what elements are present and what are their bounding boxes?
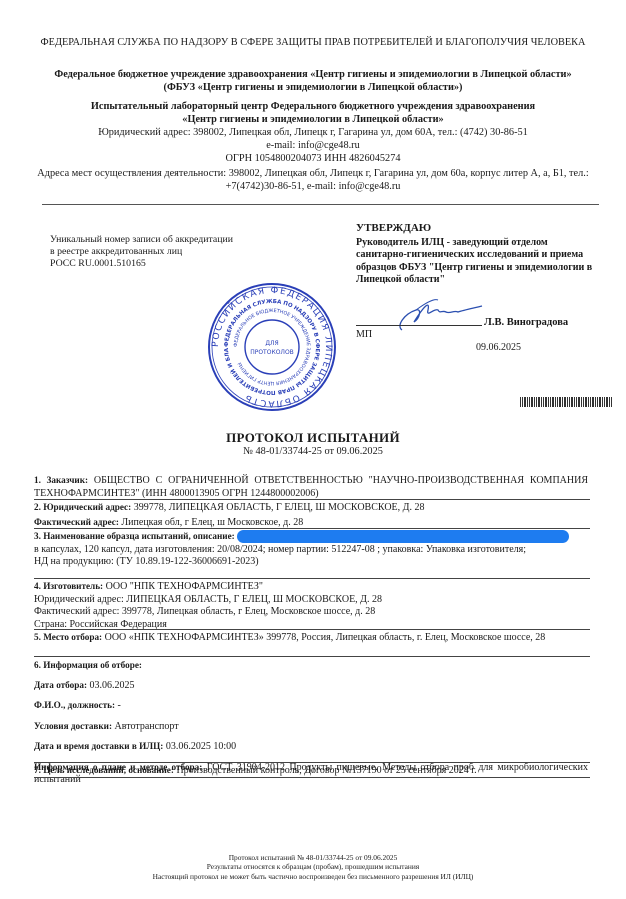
protocol-number: № 48-01/33744-25 от 09.06.2025 xyxy=(0,446,626,457)
legal-address: Юридический адрес: 398002, Липецкая обл,… xyxy=(0,126,626,139)
accreditation-line1: Уникальный номер записи об аккредитации xyxy=(50,234,233,246)
section-customer: 1. Заказчик: ОБЩЕСТВО С ОГРАНИЧЕННОЙ ОТВ… xyxy=(34,474,588,500)
ogrn-inn: ОГРН 1054800204073 ИНН 4826045274 xyxy=(0,152,626,165)
delivery-datetime-value: 03.06.2025 10:00 xyxy=(166,741,236,752)
page-footer: Протокол испытаний № 48-01/33744-25 от 0… xyxy=(0,853,626,881)
divider xyxy=(34,629,590,630)
email: e-mail: info@cge48.ru xyxy=(0,139,626,152)
agency-header: ФЕДЕРАЛЬНАЯ СЛУЖБА ПО НАДЗОРУ В СФЕРЕ ЗА… xyxy=(0,36,626,49)
divider xyxy=(34,578,590,579)
sampling-date-value: 03.06.2025 xyxy=(90,680,135,691)
delivery-conditions-label: Условия доставки: xyxy=(34,721,112,731)
purpose-value: Производственный контроль, Договор №1371… xyxy=(176,765,476,776)
sample-label: 3. Наименование образца испытаний, описа… xyxy=(34,531,235,541)
section-purpose: 7. Цель исследований, основание: Произво… xyxy=(34,764,588,778)
approval-position: Руководитель ИЛЦ - заведующий отделом са… xyxy=(356,237,596,287)
signature-icon xyxy=(394,296,484,341)
delivery-datetime-label: Дата и время доставки в ИЛЦ: xyxy=(34,741,163,751)
approval-title: УТВЕРЖДАЮ xyxy=(356,222,596,235)
accreditation-line2: в реестре аккредитованных лиц xyxy=(50,246,233,258)
divider xyxy=(34,528,590,529)
purpose-label: 7. Цель исследований, основание: xyxy=(34,765,174,775)
sample-description: в капсулах, 120 капсул, дата изготовлени… xyxy=(34,544,588,557)
signature-line xyxy=(356,325,482,326)
actual-address-value: Липецкая обл, г Елец, ш Московское, д. 2… xyxy=(121,517,303,528)
accreditation-number: РОСС RU.0001.510165 xyxy=(50,258,233,270)
lab-center-block: Испытательный лабораторный центр Федерал… xyxy=(0,100,626,165)
actual-address-label: Фактический адрес: xyxy=(34,517,119,527)
lab-center-name: Испытательный лабораторный центр Федерал… xyxy=(0,100,626,126)
approval-block: УТВЕРЖДАЮ Руководитель ИЛЦ - заведующий … xyxy=(356,222,596,287)
institution-short-name: (ФБУЗ «Центр гигиены и эпидемиологии в Л… xyxy=(0,81,626,94)
signer-name: Л.В. Виноградова xyxy=(484,317,568,328)
accreditation-block: Уникальный номер записи об аккредитации … xyxy=(50,234,233,270)
manufacturer-actual-address: Фактический адрес: 399778, Липецкая обла… xyxy=(34,606,588,619)
manufacturer-legal-address: Юридический адрес: ЛИПЕЦКАЯ ОБЛАСТЬ, Г Е… xyxy=(34,594,588,607)
barcode-icon xyxy=(520,394,612,404)
sampling-place-value: ООО «НПК ТЕХНОФАРМСИНТЕЗ» 399778, Россия… xyxy=(105,632,546,643)
approval-date: 09.06.2025 xyxy=(476,342,521,353)
section-manufacturer: 4. Изготовитель: ООО "НПК ТЕХНОФАРМСИНТЕ… xyxy=(34,580,588,631)
legal-address-label: 2. Юридический адрес: xyxy=(34,502,131,512)
footer-results-note: Результаты относятся к образцам (пробам)… xyxy=(0,862,626,871)
section-address: 2. Юридический адрес: 399778, ЛИПЕЦКАЯ О… xyxy=(34,501,588,529)
sampling-place-label: 5. Место отбора: xyxy=(34,632,102,642)
institution-header: Федеральное бюджетное учреждение здравоо… xyxy=(0,68,626,94)
divider xyxy=(34,777,590,778)
official-stamp-icon: РОССИЙСКАЯ ФЕДЕРАЦИЯ ЛИПЕЦКАЯ ОБЛАСТЬ ФЕ… xyxy=(206,281,338,418)
sampling-date-label: Дата отбора: xyxy=(34,680,87,690)
header-divider xyxy=(42,204,599,205)
person-value: - xyxy=(118,700,121,711)
divider xyxy=(34,656,590,657)
section-sampling-place: 5. Место отбора: ООО «НПК ТЕХНОФАРМСИНТЕ… xyxy=(34,631,588,645)
svg-text:ФЕДЕРАЛЬНАЯ СЛУЖБА ПО НАДЗОРУ: ФЕДЕРАЛЬНАЯ СЛУЖБА ПО НАДЗОРУ В СФЕРЕ ЗА… xyxy=(206,281,320,395)
sampling-info-label: 6. Информация об отборе: xyxy=(34,659,588,672)
delivery-conditions-value: Автотранспорт xyxy=(115,721,179,732)
divider xyxy=(34,762,590,763)
customer-label: 1. Заказчик: xyxy=(34,475,88,485)
footer-reproduction-note: Настоящий протокол не может быть частичн… xyxy=(0,872,626,881)
stamp-center-line2: ПРОТОКОЛОВ xyxy=(250,349,294,356)
activity-address: Адреса мест осуществления деятельности: … xyxy=(0,167,626,193)
sample-nd: НД на продукцию: (ТУ 10.89.19-122-360066… xyxy=(34,556,588,569)
protocol-title: ПРОТОКОЛ ИСПЫТАНИЙ xyxy=(0,430,626,446)
stamp-center-line1: ДЛЯ xyxy=(265,340,278,347)
divider xyxy=(34,499,590,500)
manufacturer-label: 4. Изготовитель: xyxy=(34,581,103,591)
institution-name: Федеральное бюджетное учреждение здравоо… xyxy=(0,68,626,81)
legal-address-value: 399778, ЛИПЕЦКАЯ ОБЛАСТЬ, Г ЕЛЕЦ, Ш МОСК… xyxy=(134,502,425,513)
section-sample: 3. Наименование образца испытаний, описа… xyxy=(34,530,588,569)
manufacturer-value: ООО "НПК ТЕХНОФАРМСИНТЕЗ" xyxy=(106,581,263,592)
seal-place-label: МП xyxy=(356,329,372,340)
footer-protocol-ref: Протокол испытаний № 48-01/33744-25 от 0… xyxy=(0,853,626,862)
redacted-sample-name xyxy=(237,530,569,543)
customer-value: ОБЩЕСТВО С ОГРАНИЧЕННОЙ ОТВЕТСТВЕННОСТЬЮ… xyxy=(34,475,588,499)
person-label: Ф.И.О., должность: xyxy=(34,700,115,710)
